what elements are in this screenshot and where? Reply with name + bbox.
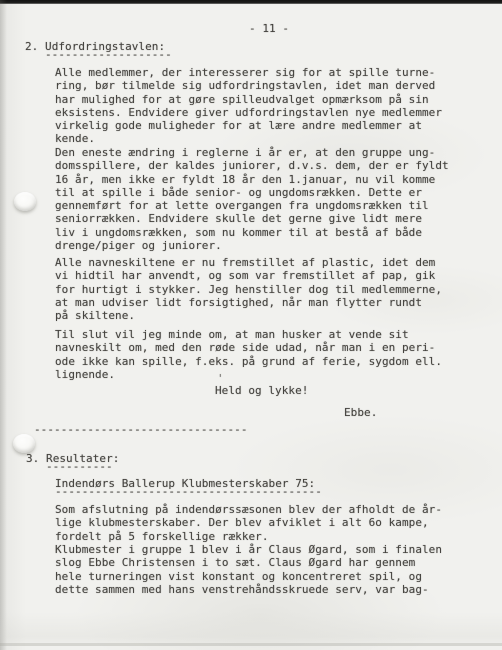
binder-hole-bottom: [13, 434, 35, 453]
paragraph-membership: Alle medlemmer, der interesserer sig for…: [55, 66, 442, 146]
paragraph-reminder: Til slut vil jeg minde om, at man husker…: [55, 328, 442, 381]
separator-dashes: --------------------------------: [34, 423, 248, 436]
scanned-document-page: - 11 - 2. Udfordringstavlen: -----------…: [0, 0, 502, 650]
paragraph-name-tags: Alle navneskiltene er nu fremstillet af …: [55, 256, 442, 322]
heading-underline-dashes: ----------: [46, 460, 113, 473]
closing-line: Held og lykke!: [215, 384, 308, 397]
paragraph-season-summary: Som afslutning på indendørssæsonen blev …: [55, 503, 442, 543]
binder-hole-top: [14, 192, 36, 211]
paragraph-group1-result: Klubmester i gruppe 1 blev i år Claus Øg…: [55, 543, 442, 596]
subheading-underline-dashes: ----------------------------------------: [55, 485, 322, 498]
scan-left-edge-shade: [0, 0, 7, 650]
page-number: - 11 -: [249, 22, 289, 35]
signature: Ebbe.: [344, 406, 377, 419]
paragraph-rule-change: Den eneste ændring i reglerne i år er, a…: [55, 146, 449, 252]
scan-bottom-shade: [0, 612, 502, 643]
scan-top-edge: [0, 0, 502, 4]
heading-underline-dashes: -------------------: [45, 48, 172, 61]
scan-bottom-edge-line: [0, 643, 502, 646]
